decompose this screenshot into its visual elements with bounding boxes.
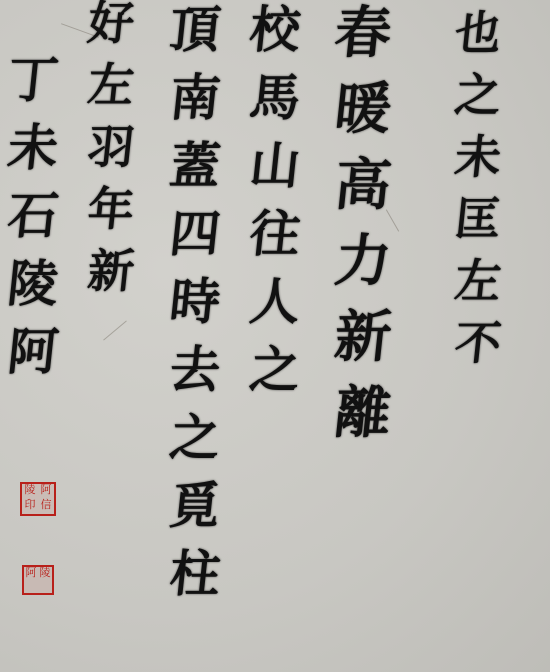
- calligraphy-character: 覓: [167, 481, 222, 531]
- calligraphy-character: 馬: [247, 73, 302, 123]
- calligraphy-character: 人: [247, 277, 302, 327]
- calligraphy-character: 丁: [5, 55, 60, 105]
- calligraphy-column: 頂南蓋四時去之覓柱: [170, 5, 220, 599]
- calligraphy-column: 春暖高力新離: [335, 5, 391, 441]
- calligraphy-character: 高: [332, 157, 394, 213]
- calligraphy-character: 之: [167, 413, 222, 463]
- calligraphy-character: 阿: [5, 327, 60, 377]
- calligraphy-character: 新: [332, 309, 394, 365]
- calligraphy-character: 新: [86, 248, 137, 294]
- paper-fiber: [103, 320, 127, 340]
- calligraphy-character: 四: [167, 209, 222, 259]
- calligraphy-character: 離: [332, 385, 394, 441]
- calligraphy-column: 校馬山往人之: [250, 5, 300, 395]
- calligraphy-character: 時: [167, 277, 222, 327]
- calligraphy-character: 羽: [86, 124, 137, 170]
- calligraphy-character: 頂: [167, 5, 222, 55]
- calligraphy-character: 年: [86, 186, 137, 232]
- calligraphy-character: 左: [453, 258, 504, 304]
- red-seal-stamp: 陵阿印信: [20, 482, 56, 516]
- red-seal-stamp: 阿陵: [22, 565, 54, 595]
- calligraphy-character: 之: [453, 72, 504, 118]
- calligraphy-character: 山: [247, 141, 302, 191]
- calligraphy-character: 暖: [332, 81, 394, 137]
- calligraphy-column: 好左羽年新: [88, 0, 134, 294]
- calligraphy-character: 匡: [453, 196, 504, 242]
- calligraphy-character: 去: [167, 345, 222, 395]
- calligraphy-character: 石: [5, 191, 60, 241]
- calligraphy-character: 春: [332, 5, 394, 61]
- calligraphy-character: 往: [247, 209, 302, 259]
- calligraphy-column: 丁未石陵阿: [8, 55, 58, 377]
- calligraphy-character: 南: [167, 73, 222, 123]
- calligraphy-scroll: 也之未匡左不春暖高力新離校馬山往人之頂南蓋四時去之覓柱好左羽年新丁未石陵阿 陵阿…: [0, 0, 550, 672]
- calligraphy-character: 力: [332, 233, 394, 289]
- calligraphy-character: 之: [247, 345, 302, 395]
- calligraphy-character: 蓋: [167, 141, 222, 191]
- calligraphy-character: 校: [247, 5, 302, 55]
- calligraphy-character: 陵: [5, 259, 60, 309]
- calligraphy-character: 未: [5, 123, 60, 173]
- calligraphy-character: 未: [453, 134, 504, 180]
- calligraphy-character: 左: [86, 62, 137, 108]
- calligraphy-character: 也: [453, 10, 504, 56]
- calligraphy-character: 不: [453, 320, 504, 366]
- calligraphy-character: 好: [86, 0, 137, 46]
- calligraphy-column: 也之未匡左不: [455, 10, 501, 366]
- calligraphy-character: 柱: [167, 549, 222, 599]
